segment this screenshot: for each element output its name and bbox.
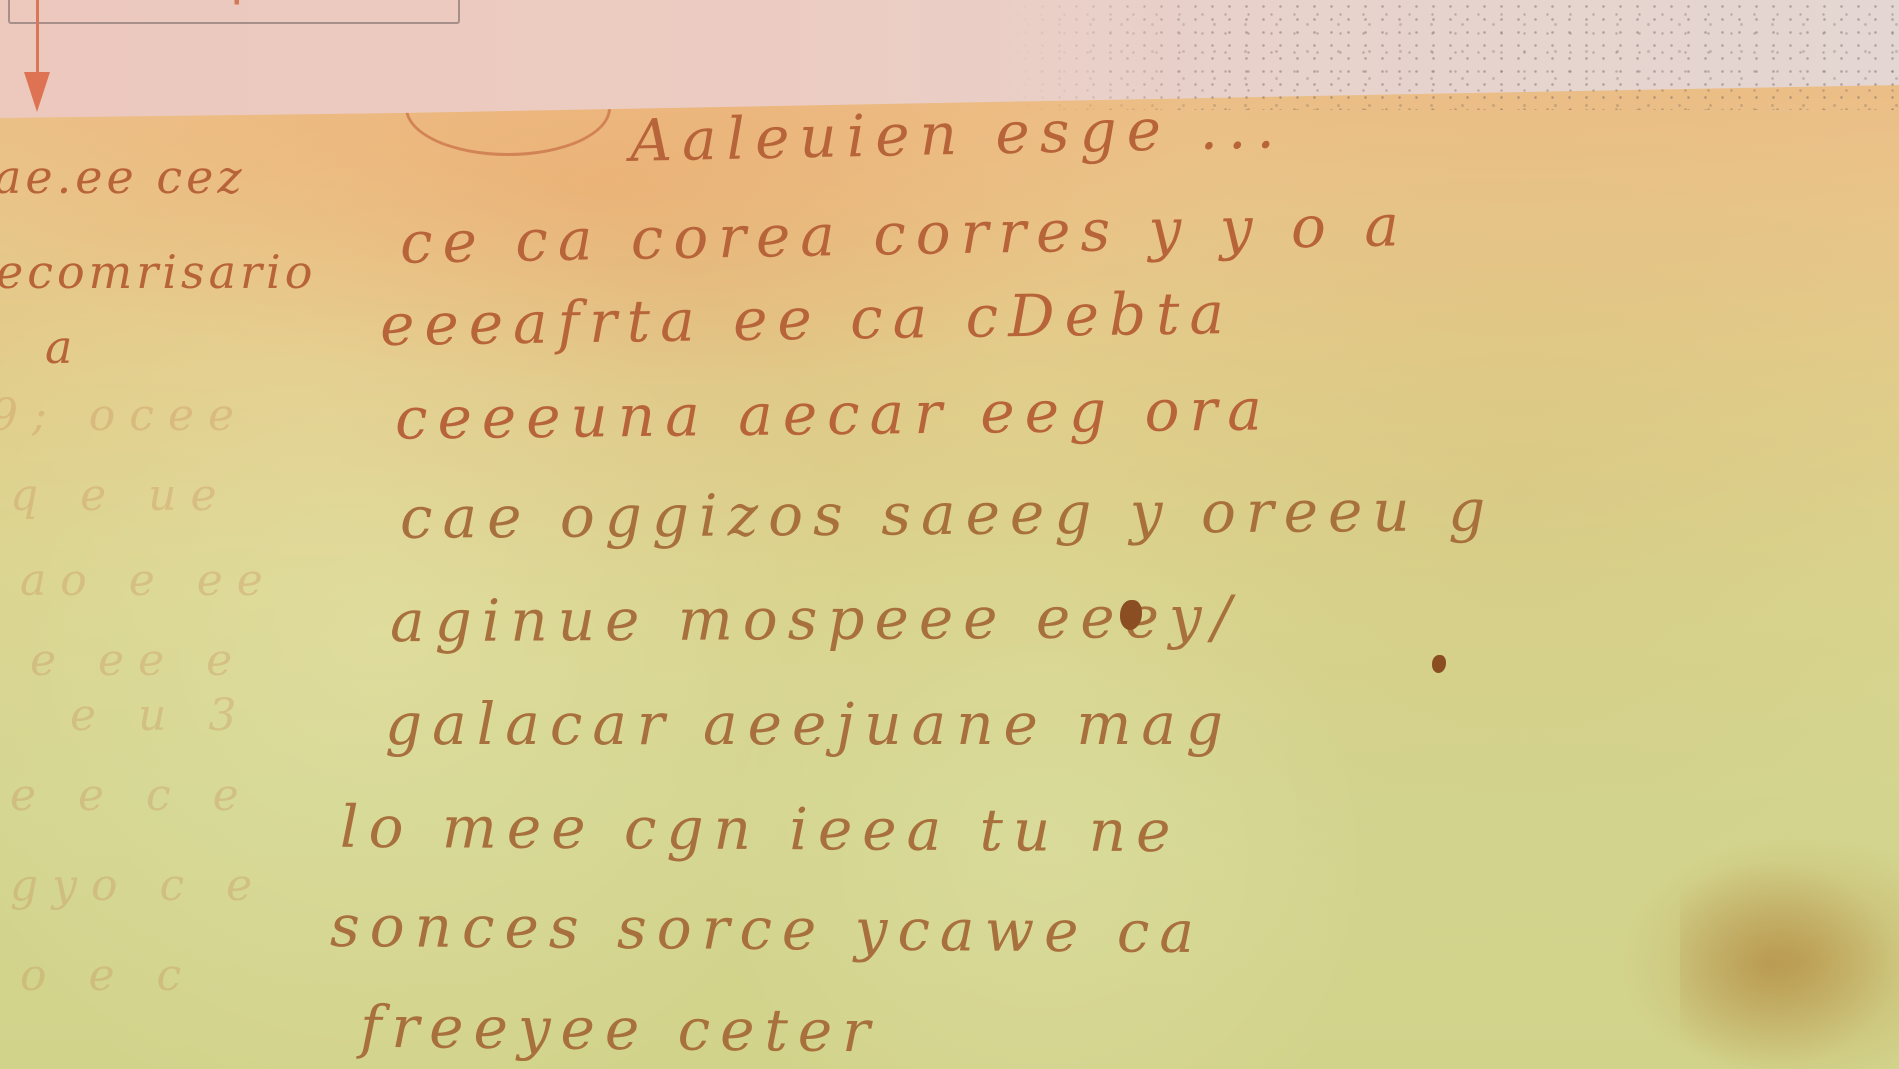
manuscript-line: galacar aeejuane mag	[385, 690, 1233, 758]
manuscript-line: cae oggizos saeeg y oreeu g	[400, 476, 1496, 552]
water-stain	[1680, 860, 1899, 1069]
diagram-box: Erq	[8, 0, 460, 24]
margin-note: ae.ee cez	[0, 150, 246, 204]
ghost-text: ao e ee	[20, 555, 277, 606]
ghost-text: e u 3	[70, 690, 250, 741]
margin-note: ecomrisario	[0, 245, 316, 299]
ghost-text: o e c	[20, 950, 195, 1001]
margin-note: a	[45, 320, 76, 374]
manuscript-line: aginue mospeee eeey/	[390, 583, 1242, 655]
dust-speckles	[1000, 0, 1899, 110]
ghost-text: gyo c e	[10, 860, 266, 911]
manuscript-line: sonces sorce ycawe ca	[330, 892, 1204, 966]
manuscript-line: eeeafrta ee ca cDebta	[380, 279, 1235, 359]
ghost-text: q e ue	[10, 470, 231, 521]
manuscript-line: ceeeuna aecar eeg ora	[395, 375, 1272, 452]
manuscript-line: freeyee ceter	[360, 993, 880, 1066]
manuscript-photo: Erq ae.ee cez ecomrisario a 9; ocee q e …	[0, 0, 1899, 1069]
down-arrow-icon	[24, 72, 50, 112]
ghost-text: e e c e	[10, 770, 253, 821]
diagram-box-label: Erq	[190, 0, 242, 6]
ghost-text: 9; ocee	[0, 390, 248, 441]
manuscript-line: lo mee cgn ieea tu ne	[340, 793, 1181, 865]
ghost-text: e ee e	[30, 635, 246, 686]
